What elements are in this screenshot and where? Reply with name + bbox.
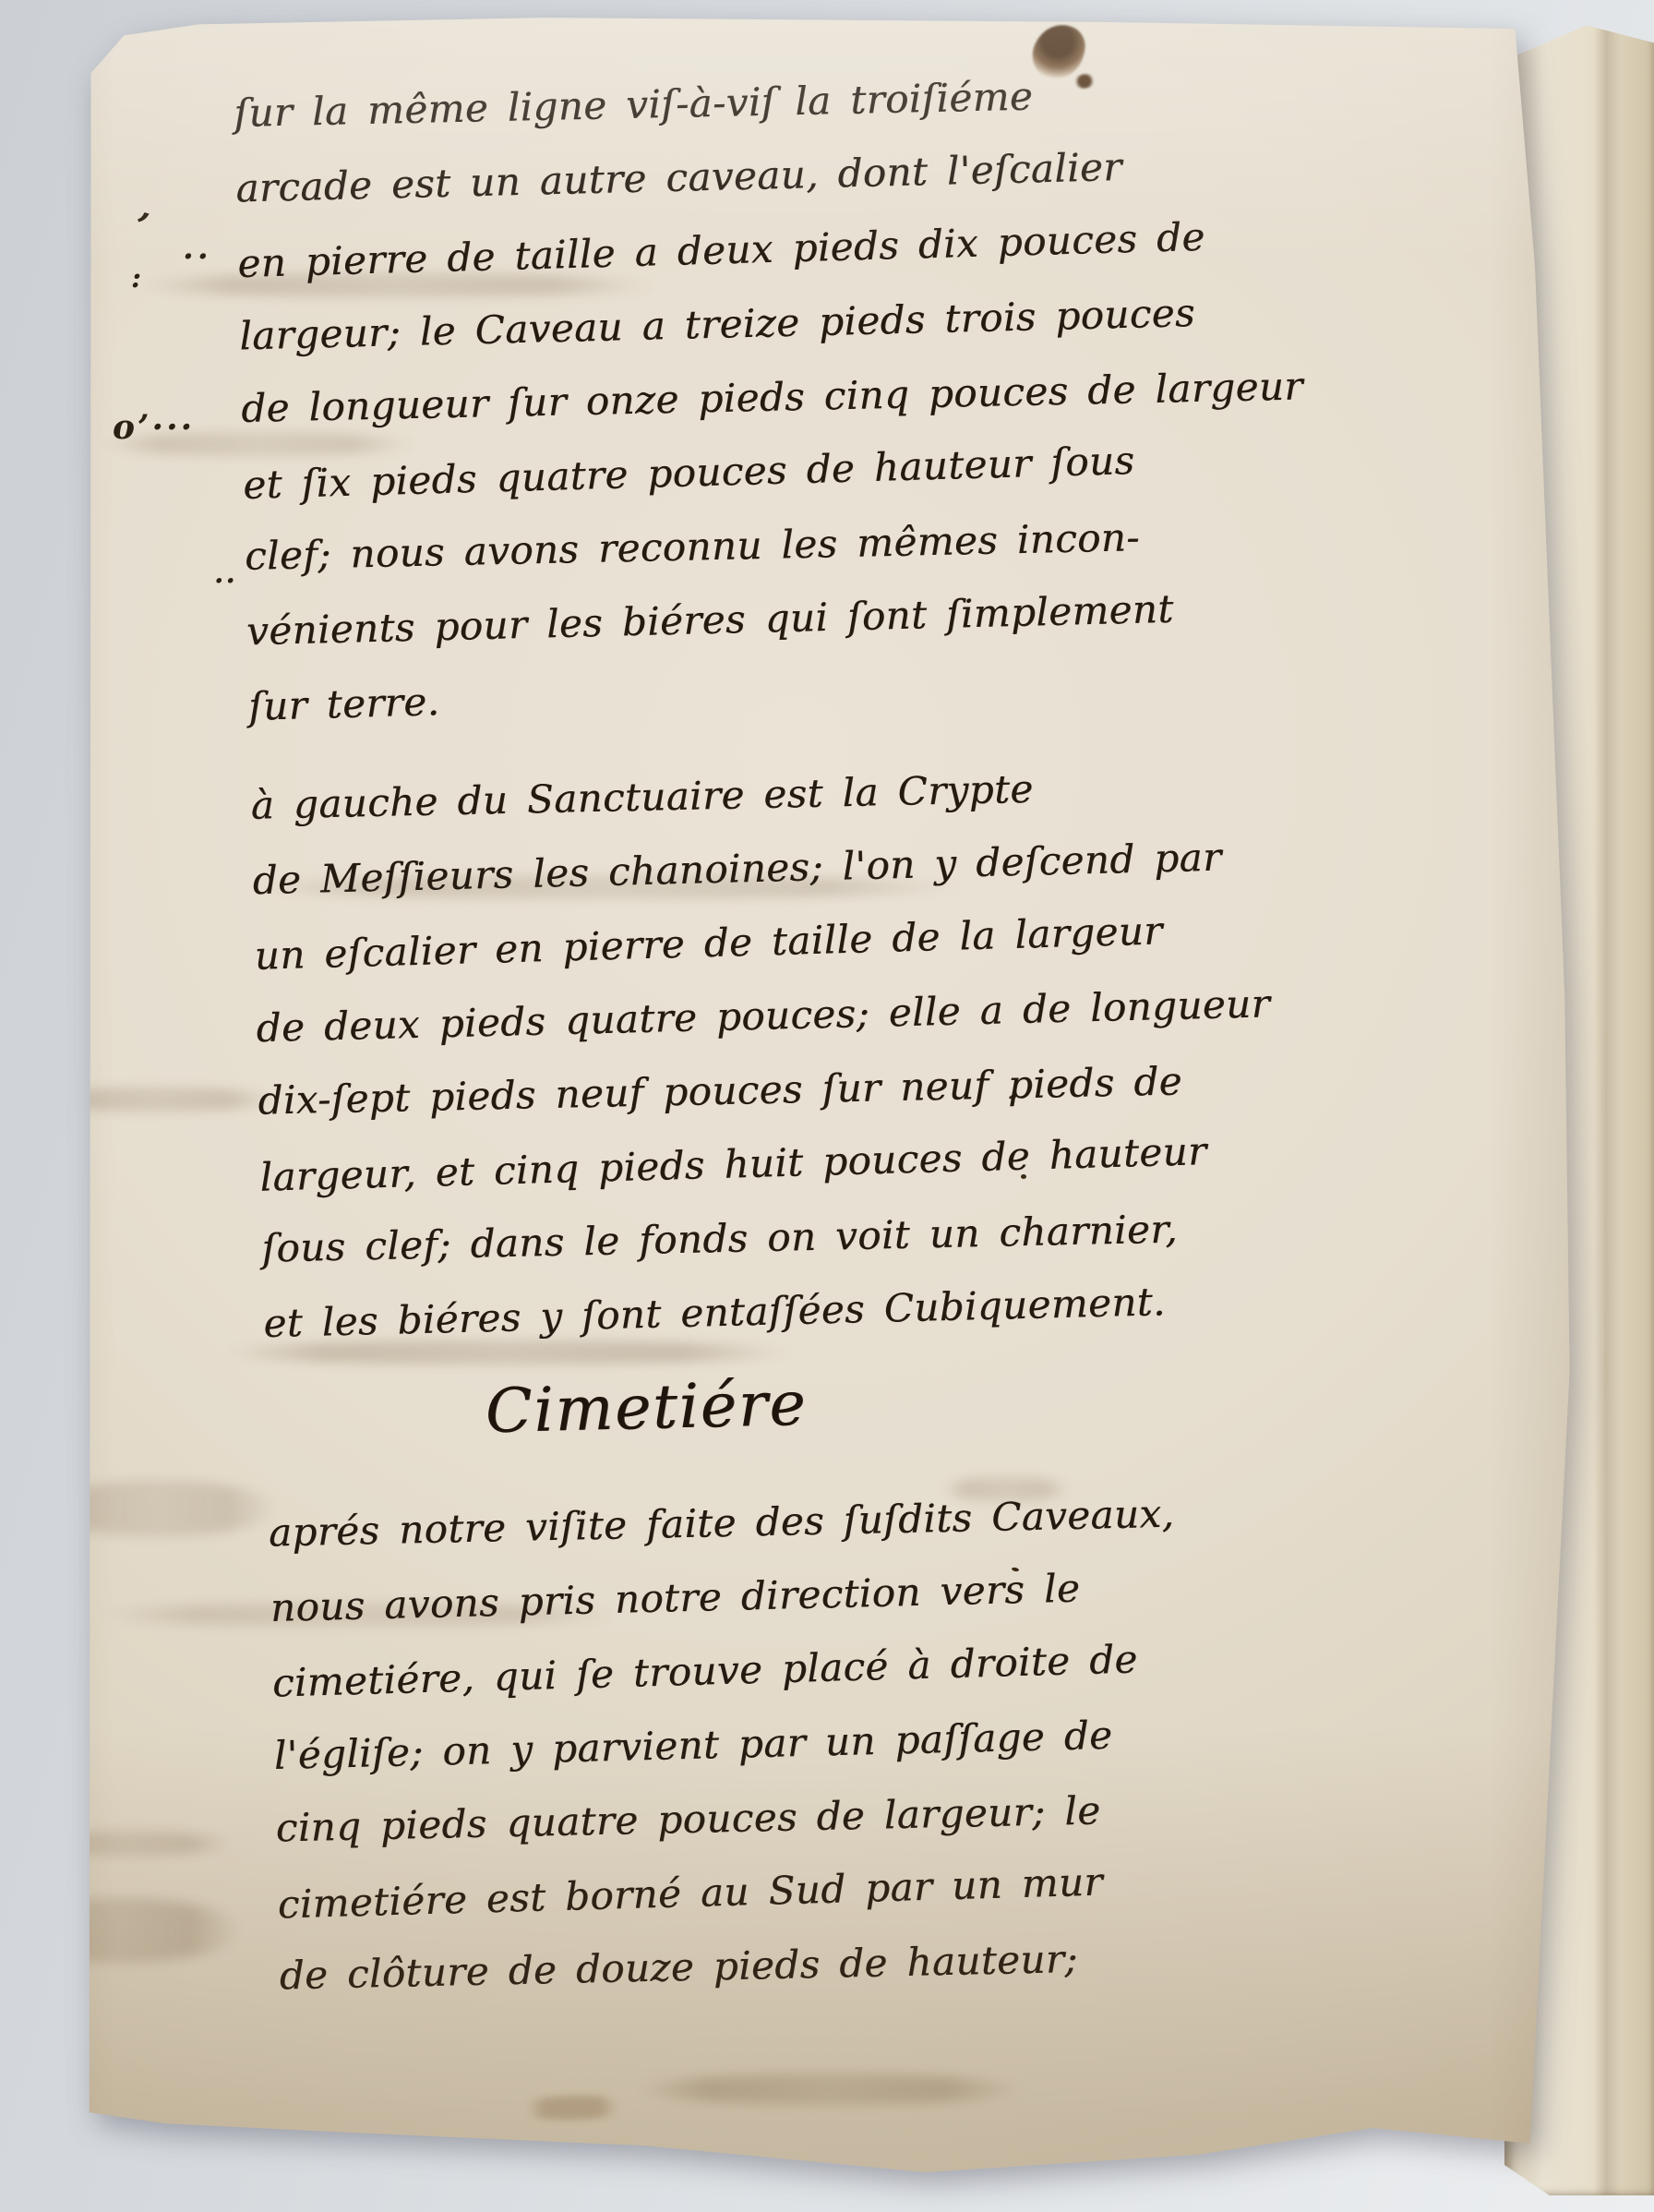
manuscript-line: arcade est un autre caveau, dont l'eſcal… [234,131,1085,225]
paragraph-crypte: à gauche du Sanctuaire est la Crypte de … [250,750,1113,1361]
ink-speck [1009,1094,1018,1100]
photo-background: ’ ·· : o’··· ·· ſur la même ligne viſ-à-… [0,0,1654,2212]
manuscript-line: largeur; le Caveau a treize pieds trois … [238,279,1089,373]
manuscript-line: en pierre de taille a deux pieds dix pou… [236,203,1087,301]
manuscript-line: à gauche du Sanctuaire est la Crypte [250,751,1100,843]
paragraph-cimetiere: aprés notre viſite faite des ſuſdits Cav… [268,1477,1129,2014]
ink-stain [1026,18,1091,86]
manuscript-line: un eſcalier en pierre de taille de la la… [254,896,1105,993]
showthrough-smudge [102,432,415,456]
manuscript-line: de longueur ſur onze pieds cinq pouces d… [240,354,1090,446]
manuscript-line: largeur, et cinq pieds huit pouces de ha… [259,1117,1110,1215]
ink-speck [1021,1174,1026,1179]
ink-stain [1074,74,1095,89]
manuscript-line: de deux pieds quatre pouces; elle a de l… [256,971,1107,1065]
manuscript-page: ’ ·· : o’··· ·· ſur la même ligne viſ-à-… [0,0,1654,2212]
margin-mark: : [131,262,141,295]
manuscript-line: cimetiére, qui ſe trouve placé à droite … [271,1623,1122,1721]
showthrough-smudge [102,1603,618,1627]
paragraph-caveau: ſur la même ligne viſ-à-viſ la troiſiéme… [234,57,1098,742]
showthrough-smudge [222,1340,794,1364]
manuscript-line: et les biéres y ſont entaſſées Cubiqueme… [263,1267,1114,1361]
showthrough-smudge [37,1088,277,1112]
manuscript-line: aprés notre viſite faite des ſuſdits Cav… [268,1478,1118,1570]
manuscript-line: nous avons pris notre direction vers le [270,1551,1121,1645]
manuscript-line: vénients pour les biéres qui ſont ſimple… [246,574,1097,668]
margin-mark: o’··· [113,408,195,447]
manuscript-line: de clôture de douze pieds de hauteur; [279,1921,1129,2014]
showthrough-smudge [249,875,969,899]
manuscript-line: ſous clef; dans le fonds on voit un char… [261,1194,1111,1286]
manuscript-line: cinq pieds quatre pouces de largeur; le [275,1773,1125,1866]
smudge-stain [517,2096,628,2120]
showthrough-smudge [637,2074,1025,2105]
manuscript-line: ſur la même ligne viſ-à-viſ la troiſiéme [234,59,1084,151]
manuscript-line: et ſix pieds quatre pouces de hauteur ſo… [242,425,1093,523]
manuscript-line: clef; nous avons reconnu les mêmes incon… [244,501,1094,594]
margin-mark: ·· [214,565,237,597]
margin-mark: ’ [130,204,153,249]
showthrough-smudge [138,273,655,297]
showthrough-smudge [0,1898,240,1963]
margin-mark: ·· [183,238,212,275]
showthrough-smudge [941,1477,1071,1501]
manuscript-line: ſur terre. [247,646,1098,744]
handwritten-text: ſur la même ligne viſ-à-viſ la troiſiéme… [233,41,1129,2014]
showthrough-smudge [37,1481,277,1536]
showthrough-smudge [28,1832,231,1856]
ink-speck [1012,1567,1020,1572]
manuscript-line: de Meſſieurs les chanoines; l'on y deſce… [252,823,1103,918]
manuscript-line: dix-ſept pieds neuf pouces ſur neuf pied… [258,1046,1108,1138]
manuscript-line: l'égliſe; on y parvient par un paſſage d… [273,1699,1124,1793]
manuscript-line: cimetiére est borné au Sud par un mur [277,1845,1128,1942]
section-heading: Cimetiére [265,1342,1117,1472]
